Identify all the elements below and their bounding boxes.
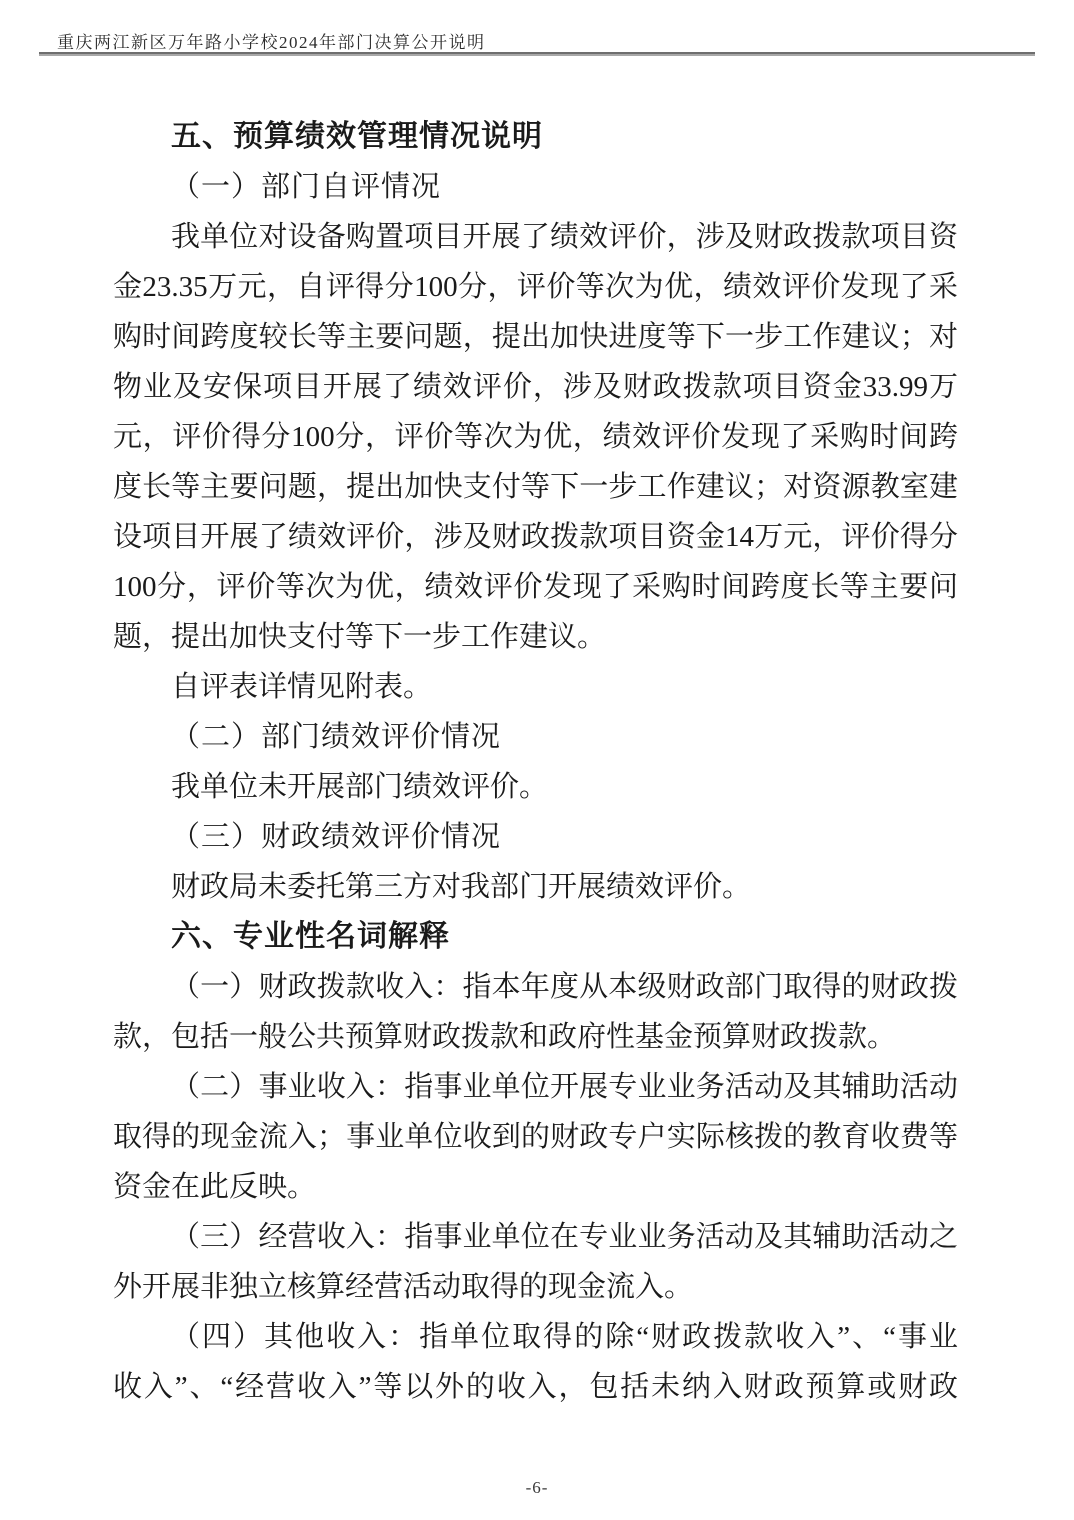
paragraph-line: 取得的现金流入；事业单位收到的财政专户实际核拨的教育收费等 <box>113 1112 958 1162</box>
sub-section-heading: （二）部门绩效评价情况 <box>113 712 958 762</box>
paragraph-line: 收入”、“经营收入”等以外的收入，包括未纳入财政预算或财政 <box>113 1362 958 1412</box>
paragraph-line: （二）事业收入：指事业单位开展专业业务活动及其辅助活动 <box>113 1062 958 1112</box>
document-page: 重庆两江新区万年路小学校2024年部门决算公开说明 五、预算绩效管理情况说明（一… <box>0 0 1074 1520</box>
header-rule <box>39 52 1035 56</box>
sub-section-heading: （一）部门自评情况 <box>113 162 958 212</box>
paragraph-line: 资金在此反映。 <box>113 1162 958 1212</box>
paragraph-line: 元，评价得分100分，评价等次为优，绩效评价发现了采购时间跨 <box>113 412 958 462</box>
paragraph-line: 购时间跨度较长等主要问题，提出加快进度等下一步工作建议；对 <box>113 312 958 362</box>
document-body: 五、预算绩效管理情况说明（一）部门自评情况我单位对设备购置项目开展了绩效评价，涉… <box>113 112 958 1412</box>
paragraph-line: （一）财政拨款收入：指本年度从本级财政部门取得的财政拨 <box>113 962 958 1012</box>
paragraph-line: 款，包括一般公共预算财政拨款和政府性基金预算财政拨款。 <box>113 1012 958 1062</box>
paragraph-line: 金23.35万元，自评得分100分，评价等次为优，绩效评价发现了采 <box>113 262 958 312</box>
page-number: -6- <box>0 1478 1074 1498</box>
section-heading: 五、预算绩效管理情况说明 <box>113 112 958 162</box>
paragraph-line: 设项目开展了绩效评价，涉及财政拨款项目资金14万元，评价得分 <box>113 512 958 562</box>
paragraph-line: （三）经营收入：指事业单位在专业业务活动及其辅助活动之 <box>113 1212 958 1262</box>
sub-section-heading: （三）财政绩效评价情况 <box>113 812 958 862</box>
paragraph-line: 财政局未委托第三方对我部门开展绩效评价。 <box>113 862 958 912</box>
paragraph-line: 我单位对设备购置项目开展了绩效评价，涉及财政拨款项目资 <box>113 212 958 262</box>
paragraph-line: 题，提出加快支付等下一步工作建议。 <box>113 612 958 662</box>
section-heading: 六、专业性名词解释 <box>113 912 958 962</box>
paragraph-line: 我单位未开展部门绩效评价。 <box>113 762 958 812</box>
paragraph-line: 度长等主要问题，提出加快支付等下一步工作建议；对资源教室建 <box>113 462 958 512</box>
paragraph-line: 物业及安保项目开展了绩效评价，涉及财政拨款项目资金33.99万 <box>113 362 958 412</box>
paragraph-line: （四）其他收入：指单位取得的除“财政拨款收入”、“事业 <box>113 1312 958 1362</box>
paragraph-line: 100分，评价等次为优，绩效评价发现了采购时间跨度长等主要问 <box>113 562 958 612</box>
paragraph-line: 外开展非独立核算经营活动取得的现金流入。 <box>113 1262 958 1312</box>
page-header-title: 重庆两江新区万年路小学校2024年部门决算公开说明 <box>57 28 486 53</box>
paragraph-line: 自评表详情见附表。 <box>113 662 958 712</box>
